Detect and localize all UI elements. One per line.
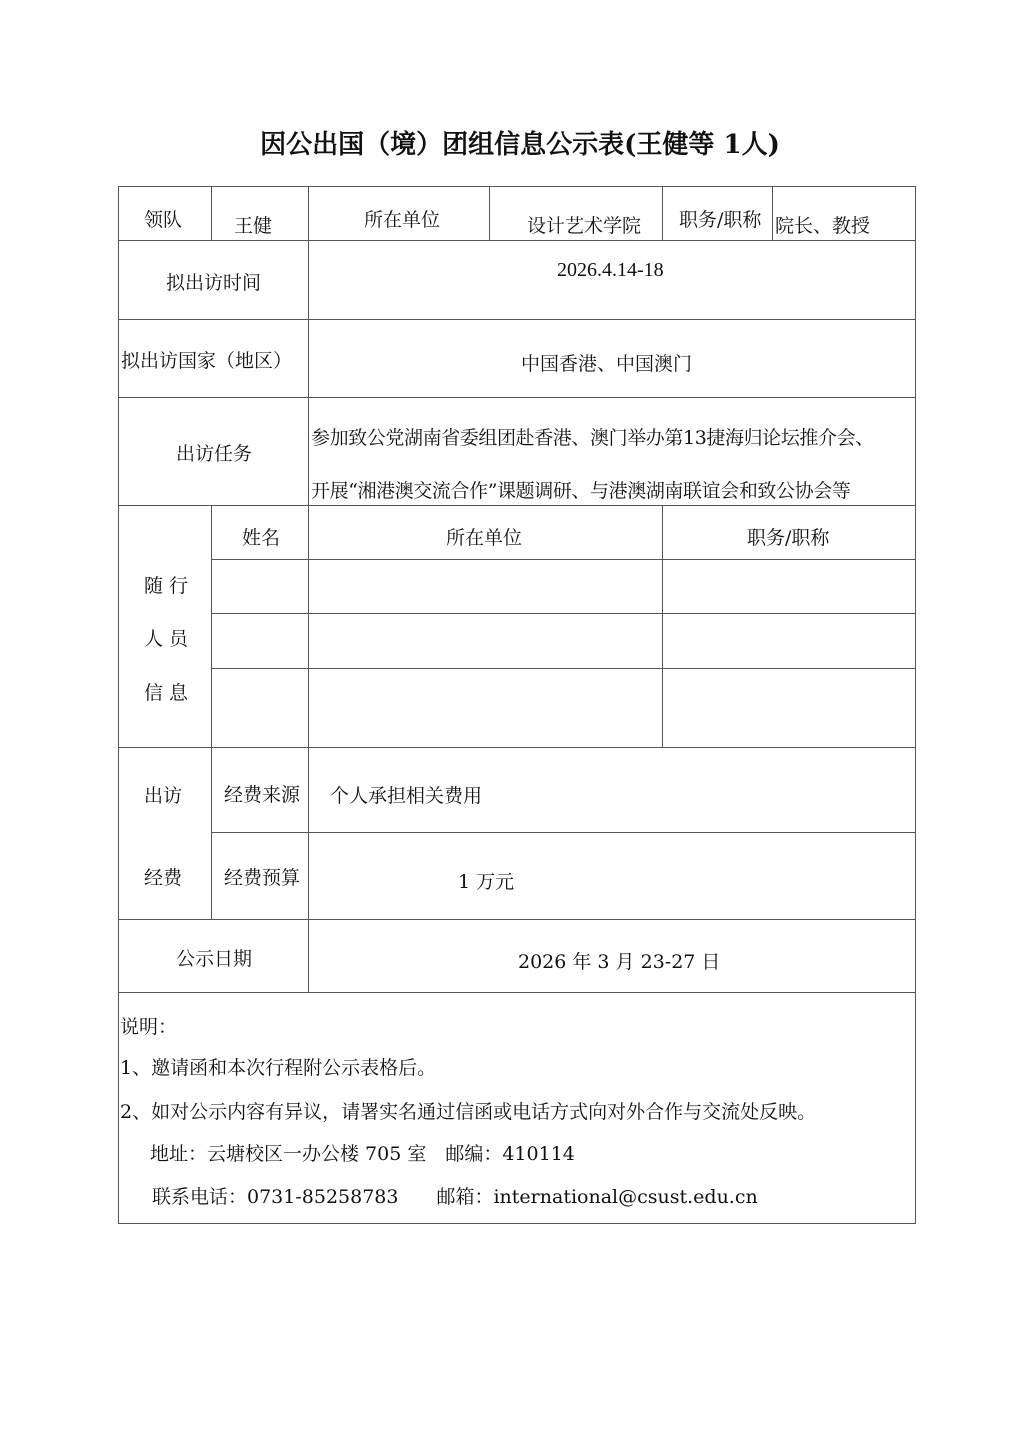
divider — [118, 505, 916, 506]
visit-time-value: 2026.4.14-18 — [557, 260, 664, 280]
notes-address: 地址：云塘校区一办公楼 705 室 邮编：410114 — [150, 1139, 575, 1166]
companions-header-unit: 所在单位 — [446, 529, 522, 548]
companions-label-line-3: 信 息 — [144, 684, 188, 703]
divider — [118, 319, 916, 320]
divider — [211, 613, 916, 614]
leader-position: 院长、教授 — [775, 217, 870, 236]
notes-heading: 说明： — [120, 1012, 177, 1039]
mission-line-2: 开展“湘港澳交流合作”课题调研、与港澳湖南联谊会和致公协会等 — [311, 482, 850, 501]
companions-header-position: 职务/职称 — [747, 529, 829, 548]
funding-label-line-1: 出访 — [144, 787, 182, 806]
notes-item-2: 2、如对公示内容有异议，请署实名通过信函或电话方式向对外合作与交流处反映。 — [120, 1097, 816, 1124]
funding-budget-value: 1 万元 — [458, 873, 514, 892]
divider — [118, 240, 916, 241]
publicity-value: 2026 年 3 月 23-27 日 — [518, 953, 720, 972]
divider — [211, 668, 916, 669]
divider — [662, 186, 663, 240]
divider — [211, 832, 916, 833]
leader-name: 王健 — [234, 217, 272, 236]
companions-header-name: 姓名 — [242, 529, 280, 548]
funding-source-label: 经费来源 — [224, 786, 300, 805]
notes-contact: 联系电话：0731-85258783 邮箱：international@csus… — [152, 1182, 758, 1209]
mission-line-1: 参加致公党湖南省委组团赴香港、澳门举办第13捷海归论坛推介会、 — [311, 429, 874, 448]
leader-unit-label: 所在单位 — [364, 211, 440, 230]
divider — [211, 559, 916, 560]
divider — [118, 747, 916, 748]
divider — [211, 505, 212, 919]
visit-country-label: 拟出访国家（地区） — [121, 352, 292, 371]
document-title: 因公出国（境）团组信息公示表(王健等 1人) — [0, 124, 1024, 161]
publicity-label: 公示日期 — [176, 950, 252, 969]
divider — [662, 505, 663, 747]
divider — [489, 186, 490, 240]
funding-source-value: 个人承担相关费用 — [330, 787, 482, 806]
funding-budget-label: 经费预算 — [224, 869, 300, 888]
leader-label: 领队 — [144, 211, 182, 230]
divider — [772, 186, 773, 240]
funding-label-line-2: 经费 — [144, 869, 182, 888]
divider — [308, 186, 309, 992]
mission-label: 出访任务 — [176, 445, 252, 464]
visit-time-label: 拟出访时间 — [166, 274, 261, 293]
notes-item-1: 1、邀请函和本次行程附公示表格后。 — [120, 1053, 436, 1080]
leader-unit: 设计艺术学院 — [527, 217, 641, 236]
divider — [118, 397, 916, 398]
leader-position-label: 职务/职称 — [679, 211, 761, 230]
companions-label-line-1: 随 行 — [144, 577, 188, 596]
divider — [118, 992, 916, 993]
divider — [211, 186, 212, 240]
visit-country-value: 中国香港、中国澳门 — [521, 355, 692, 374]
companions-label-line-2: 人 员 — [144, 630, 188, 649]
divider — [118, 919, 916, 920]
